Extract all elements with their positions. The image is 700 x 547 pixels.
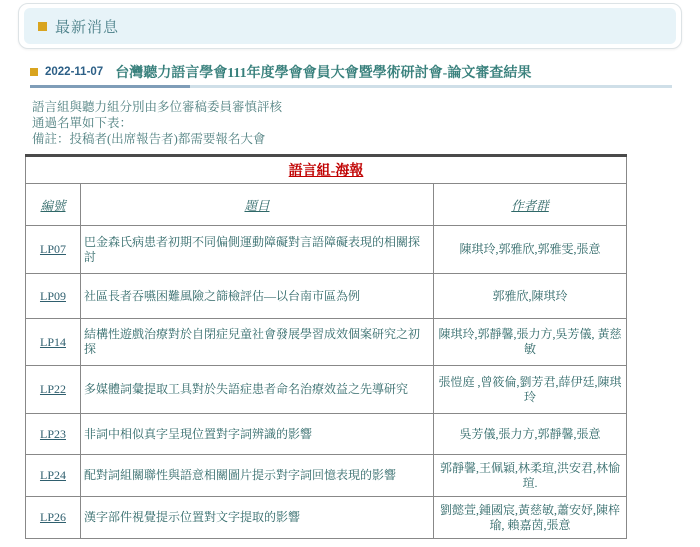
paper-id-link[interactable]: LP23 — [40, 427, 66, 441]
paper-id-cell: LP22 — [26, 366, 81, 414]
latest-news-banner-inner: 最新消息 — [24, 8, 676, 44]
paper-id-link[interactable]: LP09 — [40, 289, 66, 303]
table-row: LP24配對詞組關聯性與語意相關圖片提示對字詞回憶表現的影響郭靜馨,王佩穎,林柔… — [26, 455, 627, 497]
paper-title-cell: 結構性遊戲治療對於自閉症兒童社會發展學習成效個案研究之初探 — [81, 319, 434, 366]
results-table: 語言組-海報 編號 題目 作者群 LP07巴金森氏病患者初期不同偏側運動障礙對言… — [25, 154, 627, 539]
paper-authors-cell: 陳琪玲,郭雅欣,郭雅雯,張意 — [434, 226, 627, 274]
intro-line-1: 語言組與聽力組分別由多位審稿委員審慎評核 — [32, 99, 282, 115]
paper-authors-cell: 郭雅欣,陳琪玲 — [434, 274, 627, 319]
paper-title-cell: 非詞中相似真字呈現位置對字詞辨識的影響 — [81, 414, 434, 455]
table-row: LP09社區長者吞嚥困難風險之篩檢評估—以台南市區為例郭雅欣,陳琪玲 — [26, 274, 627, 319]
news-headline: 2022-11-07 台灣聽力語言學會111年度學會會員大會暨學術研討會-論文審… — [30, 62, 672, 82]
paper-id-cell: LP26 — [26, 497, 81, 539]
intro-line-2: 通過名單如下表： — [32, 115, 282, 131]
table-body: LP07巴金森氏病患者初期不同偏側運動障礙對言語障礙表現的相關探討陳琪玲,郭雅欣… — [26, 226, 627, 539]
group-title-link[interactable]: 語言組-海報 — [26, 156, 627, 184]
paper-id-link[interactable]: LP07 — [40, 242, 66, 256]
headline-divider-accent — [30, 85, 190, 88]
column-header-row: 編號 題目 作者群 — [26, 184, 627, 226]
paper-authors-cell: 張愷庭 ,曾筱倫,劉芳君,薛伊廷,陳琪玲 — [434, 366, 627, 414]
paper-authors-cell: 陳琪玲,郭靜馨,張力方,吳芳儀, 黃慈敏 — [434, 319, 627, 366]
column-header-id: 編號 — [26, 184, 81, 226]
paper-title-cell: 配對詞組關聯性與語意相關圖片提示對字詞回憶表現的影響 — [81, 455, 434, 497]
paper-id-link[interactable]: LP24 — [40, 468, 66, 482]
intro-paragraph: 語言組與聽力組分別由多位審稿委員審慎評核 通過名單如下表： 備註：投稿者(出席報… — [32, 99, 282, 147]
paper-id-link[interactable]: LP26 — [40, 510, 66, 524]
column-header-title: 題目 — [81, 184, 434, 226]
banner-title: 最新消息 — [55, 16, 119, 37]
column-header-authors: 作者群 — [434, 184, 627, 226]
paper-title-cell: 漢字部件視覺提示位置對文字提取的影響 — [81, 497, 434, 539]
gold-square-bullet-icon — [30, 68, 38, 76]
intro-line-3: 備註：投稿者(出席報告者)都需要報名大會 — [32, 131, 282, 147]
gold-square-bullet-icon — [38, 22, 47, 31]
headline-divider — [30, 85, 672, 88]
results-table-wrapper: 語言組-海報 編號 題目 作者群 LP07巴金森氏病患者初期不同偏側運動障礙對言… — [25, 154, 627, 539]
paper-id-cell: LP09 — [26, 274, 81, 319]
table-row: LP07巴金森氏病患者初期不同偏側運動障礙對言語障礙表現的相關探討陳琪玲,郭雅欣… — [26, 226, 627, 274]
paper-title-cell: 多媒體詞彙提取工具對於失語症患者命名治療效益之先導研究 — [81, 366, 434, 414]
paper-id-cell: LP24 — [26, 455, 81, 497]
paper-authors-cell: 劉懿萱,鍾國宸,黃慈敏,蕭安妤,陳梓瑜, 賴嘉茵,張意 — [434, 497, 627, 539]
group-title-row: 語言組-海報 — [26, 156, 627, 184]
paper-title-cell: 社區長者吞嚥困難風險之篩檢評估—以台南市區為例 — [81, 274, 434, 319]
paper-id-link[interactable]: LP22 — [40, 382, 66, 396]
table-row: LP22多媒體詞彙提取工具對於失語症患者命名治療效益之先導研究張愷庭 ,曾筱倫,… — [26, 366, 627, 414]
paper-id-cell: LP23 — [26, 414, 81, 455]
table-row: LP26漢字部件視覺提示位置對文字提取的影響劉懿萱,鍾國宸,黃慈敏,蕭安妤,陳梓… — [26, 497, 627, 539]
table-row: LP23非詞中相似真字呈現位置對字詞辨識的影響吳芳儀,張力方,郭靜馨,張意 — [26, 414, 627, 455]
latest-news-banner: 最新消息 — [18, 3, 682, 49]
paper-id-cell: LP07 — [26, 226, 81, 274]
paper-title-cell: 巴金森氏病患者初期不同偏側運動障礙對言語障礙表現的相關探討 — [81, 226, 434, 274]
news-date: 2022-11-07 — [45, 66, 103, 78]
paper-authors-cell: 吳芳儀,張力方,郭靜馨,張意 — [434, 414, 627, 455]
table-row: LP14結構性遊戲治療對於自閉症兒童社會發展學習成效個案研究之初探陳琪玲,郭靜馨… — [26, 319, 627, 366]
paper-id-link[interactable]: LP14 — [40, 335, 66, 349]
paper-id-cell: LP14 — [26, 319, 81, 366]
paper-authors-cell: 郭靜馨,王佩穎,林柔瑄,洪安君,林愉瑄. — [434, 455, 627, 497]
news-title-link[interactable]: 台灣聽力語言學會111年度學會會員大會暨學術研討會-論文審查結果 — [115, 62, 531, 82]
